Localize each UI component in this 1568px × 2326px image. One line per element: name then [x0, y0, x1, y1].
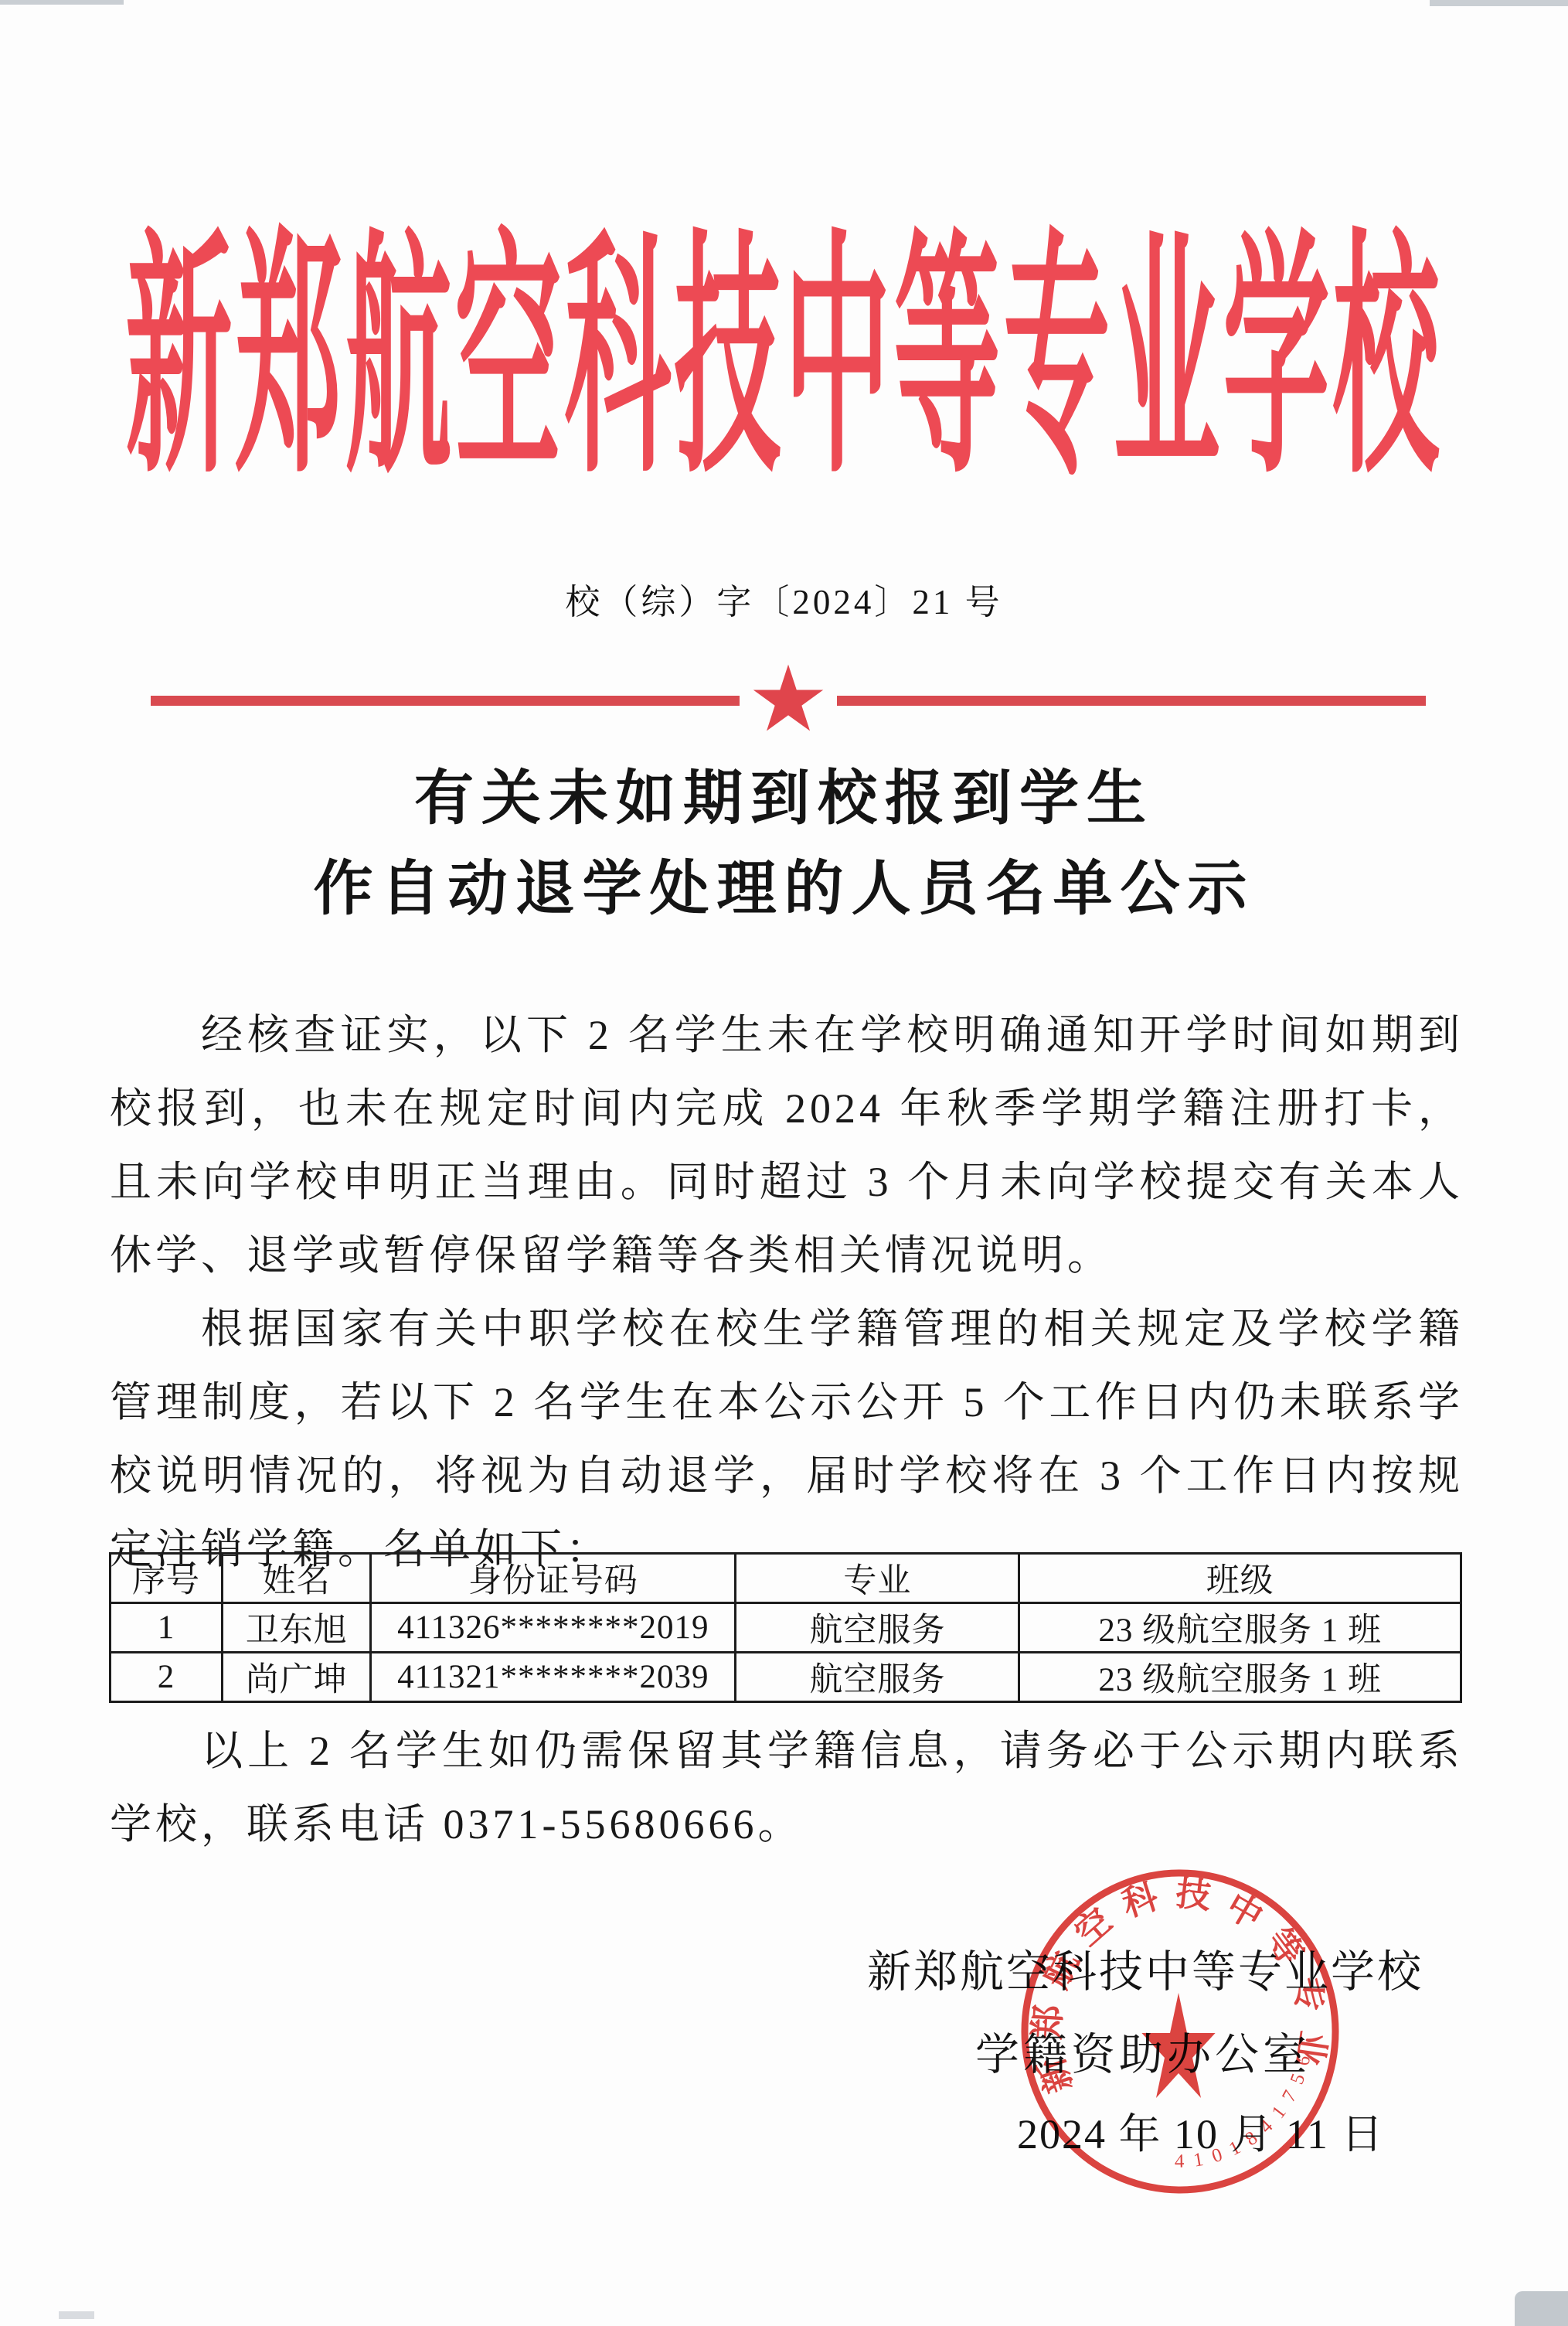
table-cell: 411321********2039 — [371, 1653, 736, 1702]
star-icon: ★ — [747, 653, 829, 744]
seal-serial-number: 4101841756 — [1175, 2051, 1315, 2172]
doc-number: 校（综）字〔2024〕21 号 — [0, 581, 1568, 623]
table-cell: 23 级航空服务 1 班 — [1019, 1653, 1461, 1702]
notice-title-line1: 有关未如期到校报到学生 — [0, 754, 1568, 844]
notice-body: 经核查证实，以下 2 名学生未在学校明确通知开学时间如期到校报到，也未在规定时间… — [110, 999, 1464, 1586]
table-cell: 23 级航空服务 1 班 — [1019, 1603, 1461, 1653]
table-cell: 尚广坤 — [223, 1653, 371, 1702]
photo-corner-smudge — [59, 2311, 94, 2319]
table-cell: 2 — [111, 1653, 223, 1702]
table-header-cell: 序号 — [111, 1554, 223, 1603]
official-seal: 新郑航空科技中等专业学校 4101841756 — [1010, 1861, 1350, 2202]
notice-title: 有关未如期到校报到学生 作自动退学处理的人员名单公示 — [0, 754, 1568, 935]
document-page: 新郑航空科技中等专业学校 校（综）字〔2024〕21 号 ★ 有关未如期到校报到… — [0, 0, 1568, 2326]
table-cell: 航空服务 — [736, 1653, 1019, 1702]
student-roster-table: 序号姓名身份证号码专业班级 1卫东旭411326********2019航空服务… — [109, 1552, 1462, 1703]
table-cell: 航空服务 — [736, 1603, 1019, 1653]
table-cell: 卫东旭 — [223, 1603, 371, 1653]
body-paragraph-1: 经核查证实，以下 2 名学生未在学校明确通知开学时间如期到校报到，也未在规定时间… — [110, 999, 1464, 1292]
table-header-row: 序号姓名身份证号码专业班级 — [111, 1554, 1461, 1603]
table-row: 2尚广坤411321********2039航空服务23 级航空服务 1 班 — [111, 1653, 1461, 1702]
body-paragraph-3: 以上 2 名学生如仍需保留其学籍信息，请务必于公示期内联系学校，联系电话 037… — [110, 1715, 1464, 1861]
table-row: 1卫东旭411326********2019航空服务23 级航空服务 1 班 — [111, 1603, 1461, 1653]
closing-paragraph: 以上 2 名学生如仍需保留其学籍信息，请务必于公示期内联系学校，联系电话 037… — [110, 1715, 1464, 1861]
divider-line-left — [151, 696, 740, 706]
school-name-masthead: 新郑航空科技中等专业学校 — [0, 232, 1568, 490]
red-divider: ★ — [151, 653, 1426, 748]
photo-edge-artifact — [0, 0, 124, 5]
seal-star-icon — [1141, 1993, 1215, 2098]
divider-line-right — [837, 696, 1426, 706]
notice-title-line2: 作自动退学处理的人员名单公示 — [0, 844, 1568, 935]
table-cell: 1 — [111, 1603, 223, 1653]
table-header-cell: 姓名 — [223, 1554, 371, 1603]
photo-edge-artifact — [1430, 0, 1568, 6]
table-header-cell: 专业 — [736, 1554, 1019, 1603]
table-header-cell: 班级 — [1019, 1554, 1461, 1603]
photo-corner-smudge — [1515, 2291, 1568, 2326]
table-cell: 411326********2019 — [371, 1603, 736, 1653]
table-header-cell: 身份证号码 — [371, 1554, 736, 1603]
body-paragraph-2: 根据国家有关中职学校在校生学籍管理的相关规定及学校学籍管理制度，若以下 2 名学… — [110, 1292, 1464, 1586]
